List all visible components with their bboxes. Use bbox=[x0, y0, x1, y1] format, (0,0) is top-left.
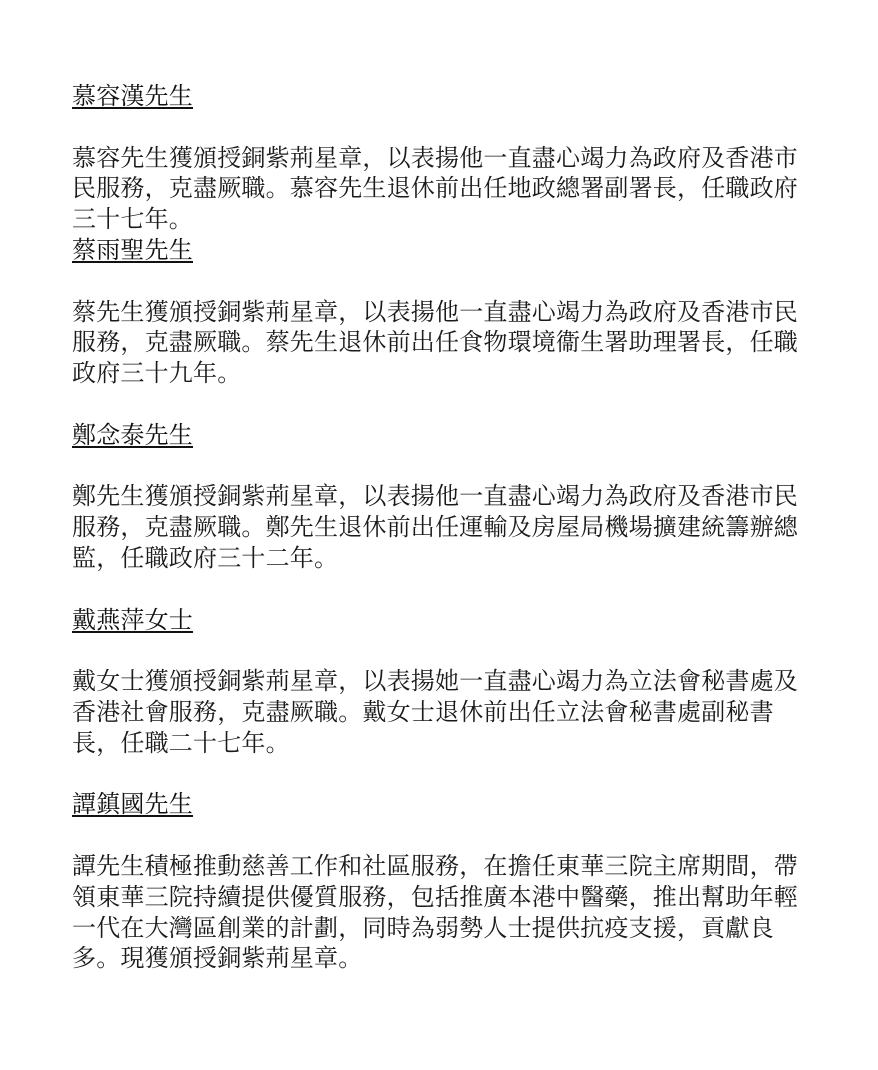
citation-line: 監，任職政府三十二年。 bbox=[72, 543, 842, 574]
citation-line: 多。現獲頒授銅紫荊星章。 bbox=[72, 943, 842, 974]
honoree-name-heading: 蔡雨聖先生 bbox=[72, 235, 842, 266]
honoree-section: 蔡雨聖先生 蔡先生獲頒授銅紫荊星章，以表揚他一直盡心竭力為政府及香港市民 服務，… bbox=[72, 235, 842, 389]
citation-line: 慕容先生獲頒授銅紫荊星章，以表揚他一直盡心竭力為政府及香港市 bbox=[72, 143, 842, 174]
honoree-name-heading: 慕容漢先生 bbox=[72, 81, 842, 112]
honoree-section: 鄭念泰先生 鄭先生獲頒授銅紫荊星章，以表揚他一直盡心竭力為政府及香港市民 服務，… bbox=[72, 420, 842, 574]
honoree-section: 慕容漢先生 慕容先生獲頒授銅紫荊星章，以表揚他一直盡心竭力為政府及香港市 民服務… bbox=[72, 81, 842, 235]
document-page: 慕容漢先生 慕容先生獲頒授銅紫荊星章，以表揚他一直盡心竭力為政府及香港市 民服務… bbox=[72, 81, 842, 974]
blank-line bbox=[72, 389, 842, 420]
citation-line: 服務，克盡厥職。蔡先生退休前出任食物環境衞生署助理署長，任職 bbox=[72, 327, 842, 358]
citation-line: 民服務，克盡厥職。慕容先生退休前出任地政總署副署長，任職政府 bbox=[72, 173, 842, 204]
blank-line bbox=[72, 574, 842, 605]
citation-line: 香港社會服務，克盡厥職。戴女士退休前出任立法會秘書處副秘書 bbox=[72, 697, 842, 728]
honoree-section: 戴燕萍女士 戴女士獲頒授銅紫荊星章，以表揚她一直盡心竭力為立法會秘書處及 香港社… bbox=[72, 605, 842, 759]
citation-line: 三十七年。 bbox=[72, 204, 842, 235]
blank-line bbox=[72, 266, 842, 297]
citation-line: 蔡先生獲頒授銅紫荊星章，以表揚他一直盡心竭力為政府及香港市民 bbox=[72, 297, 842, 328]
citation-line: 領東華三院持續提供優質服務，包括推廣本港中醫藥，推出幫助年輕 bbox=[72, 882, 842, 913]
citation-line: 政府三十九年。 bbox=[72, 358, 842, 389]
blank-line bbox=[72, 635, 842, 666]
honoree-name-heading: 戴燕萍女士 bbox=[72, 605, 842, 636]
citation-line: 長，任職二十七年。 bbox=[72, 728, 842, 759]
honoree-name-heading: 鄭念泰先生 bbox=[72, 420, 842, 451]
citation-line: 戴女士獲頒授銅紫荊星章，以表揚她一直盡心竭力為立法會秘書處及 bbox=[72, 666, 842, 697]
blank-line bbox=[72, 820, 842, 851]
citation-line: 譚先生積極推動慈善工作和社區服務，在擔任東華三院主席期間，帶 bbox=[72, 851, 842, 882]
citation-line: 鄭先生獲頒授銅紫荊星章，以表揚他一直盡心竭力為政府及香港市民 bbox=[72, 481, 842, 512]
honoree-name-heading: 譚鎮國先生 bbox=[72, 789, 842, 820]
honoree-section: 譚鎮國先生 譚先生積極推動慈善工作和社區服務，在擔任東華三院主席期間，帶 領東華… bbox=[72, 789, 842, 974]
citation-line: 一代在大灣區創業的計劃，同時為弱勢人士提供抗疫支援，貢獻良 bbox=[72, 913, 842, 944]
citation-line: 服務，克盡厥職。鄭先生退休前出任運輸及房屋局機場擴建統籌辦總 bbox=[72, 512, 842, 543]
blank-line bbox=[72, 759, 842, 790]
blank-line bbox=[72, 112, 842, 143]
blank-line bbox=[72, 451, 842, 482]
